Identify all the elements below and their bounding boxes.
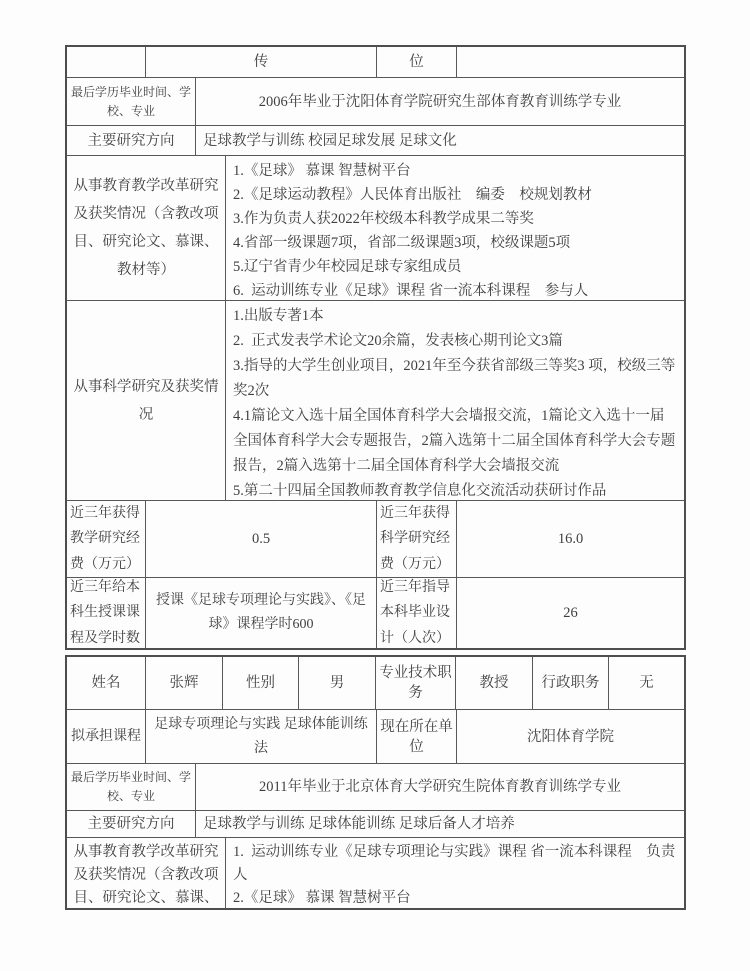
scientific-research-list: 1.出版专著1本 2. 正式发表学术论文20余篇，发表核心期刊论文3篇 3.指导… — [226, 301, 684, 501]
scientific-research-label: 从事科学研究及获奖情况 — [67, 301, 226, 501]
gender-label: 性别 — [223, 657, 299, 710]
name-value: 张辉 — [146, 657, 223, 710]
teaching-load-value: 授课《足球专项理论与实践》、《足球》课程学时600 — [146, 578, 377, 648]
research-direction-label: 主要研究方向 — [67, 126, 196, 156]
table-row-teaching-reform: 从事教育教学改革研究及获奖情况（含教改项目、研究论文、慕课、教材 1. 运动训练… — [67, 838, 684, 908]
table-row-person: 姓名 张辉 性别 男 专业技术职务 教授 行政职务 无 — [67, 657, 684, 710]
current-unit-label: 现在所在单位 — [377, 710, 457, 764]
education-value: 2011年毕业于北京体育大学研究生院体育教育训练学专业 — [196, 764, 684, 811]
table-row-education: 最后学历毕业时间、学校、专业 2006年毕业于沈阳体育学院研究生部体育教育训练学… — [67, 78, 684, 126]
teaching-funding-value: 0.5 — [146, 501, 377, 578]
proposed-courses-value: 足球专项理论与实践 足球体能训练法 — [146, 710, 377, 764]
list-item: 6. 运动训练专业《足球》课程 省一流本科课程 参与人 — [233, 279, 677, 301]
table-row-education: 最后学历毕业时间、学校、专业 2011年毕业于北京体育大学研究生院体育教育训练学… — [67, 764, 684, 811]
table-row-funding: 近三年获得教学研究经费（万元） 0.5 近三年获得科学研究经费（万元） 16.0 — [67, 501, 684, 578]
list-item: 2.《足球运动教程》人民体育出版社 编委 校规划教材 — [233, 183, 677, 207]
list-item: 2. 正式发表学术论文20余篇，发表核心期刊论文3篇 — [233, 329, 677, 354]
teaching-funding-label: 近三年获得教学研究经费（万元） — [67, 501, 146, 578]
teaching-reform-list: 1.《足球》 慕课 智慧树平台 2.《足球运动教程》人民体育出版社 编委 校规划… — [226, 156, 684, 301]
name-label: 姓名 — [67, 657, 146, 710]
table-row-scientific-research: 从事科学研究及获奖情况 1.出版专著1本 2. 正式发表学术论文20余篇，发表核… — [67, 301, 684, 501]
research-direction-value: 足球教学与训练 足球体能训练 足球后备人才培养 — [196, 811, 684, 838]
table-row-research-direction: 主要研究方向 足球教学与训练 校园足球发展 足球文化 — [67, 126, 684, 156]
partial-cell-empty-right — [457, 47, 684, 78]
admin-post-value: 无 — [609, 657, 684, 710]
table-row-courses-unit: 拟承担课程 足球专项理论与实践 足球体能训练法 现在所在单位 沈阳体育学院 — [67, 710, 684, 764]
research-direction-label: 主要研究方向 — [67, 811, 196, 838]
professional-title-label: 专业技术职务 — [376, 657, 456, 710]
list-item: 1.《足球》 慕课 智慧树平台 — [233, 159, 677, 183]
science-funding-value: 16.0 — [457, 501, 684, 578]
science-funding-label: 近三年获得科学研究经费（万元） — [377, 501, 457, 578]
table-row-partial: 传 位 — [67, 47, 684, 78]
education-label: 最后学历毕业时间、学校、专业 — [67, 764, 196, 811]
current-unit-value: 沈阳体育学院 — [457, 710, 684, 764]
proposed-courses-label: 拟承担课程 — [67, 710, 146, 764]
teaching-reform-label: 从事教育教学改革研究及获奖情况（含教改项目、研究论文、慕课、教材 — [67, 838, 226, 908]
list-item: 1.出版专著1本 — [233, 304, 677, 329]
document-page: { "styles": { "background": "#fdfdfd", "… — [0, 0, 750, 971]
faculty-info-table-2: 姓名 张辉 性别 男 专业技术职务 教授 行政职务 无 拟承担课程 足球专项理论… — [65, 655, 686, 910]
list-item: 5.第二十四届全国教师教育教学信息化交流活动获研讨作品 — [233, 479, 677, 501]
list-item: 3.指导的大学生创业项目，2021年至今获省部级三等奖3 项，校级三等奖2次 — [233, 354, 677, 404]
thesis-guidance-label: 近三年指导本科毕业设计（人次） — [377, 578, 457, 648]
table-row-teaching-load: 近三年给本科生授课课程及学时数 授课《足球专项理论与实践》、《足球》课程学时60… — [67, 578, 684, 648]
education-label: 最后学历毕业时间、学校、专业 — [67, 78, 196, 126]
partial-cell-wei: 位 — [377, 47, 457, 78]
partial-cell-chuan: 传 — [146, 47, 377, 78]
list-item: 2.《足球》 慕课 智慧树平台 — [233, 887, 677, 908]
professional-title-value: 教授 — [456, 657, 533, 710]
list-item: 4.省部一级课题7项，省部二级课题3项，校级课题5项 — [233, 231, 677, 255]
teaching-reform-list: 1. 运动训练专业《足球专项理论与实践》课程 省一流本科课程 负责人 2.《足球… — [226, 838, 684, 908]
list-item: 4.1篇论文入选十届全国体育科学大会墙报交流，1篇论文入选十一届全国体育科学大会… — [233, 404, 677, 479]
gender-value: 男 — [299, 657, 376, 710]
research-direction-value: 足球教学与训练 校园足球发展 足球文化 — [196, 126, 684, 156]
admin-post-label: 行政职务 — [533, 657, 609, 710]
table-row-research-direction: 主要研究方向 足球教学与训练 足球体能训练 足球后备人才培养 — [67, 811, 684, 838]
teaching-reform-label: 从事教育教学改革研究及获奖情况（含教改项目、研究论文、慕课、教材等） — [67, 156, 226, 301]
faculty-info-table-1: 传 位 最后学历毕业时间、学校、专业 2006年毕业于沈阳体育学院研究生部体育教… — [65, 45, 686, 650]
list-item: 3.作为负责人获2022年校级本科教学成果二等奖 — [233, 207, 677, 231]
thesis-guidance-value: 26 — [457, 578, 684, 648]
partial-cell-empty-left — [67, 47, 146, 78]
teaching-load-label: 近三年给本科生授课课程及学时数 — [67, 578, 146, 648]
table-row-teaching-reform: 从事教育教学改革研究及获奖情况（含教改项目、研究论文、慕课、教材等） 1.《足球… — [67, 156, 684, 301]
list-item: 1. 运动训练专业《足球专项理论与实践》课程 省一流本科课程 负责人 — [233, 841, 677, 887]
list-item: 5.辽宁省青少年校园足球专家组成员 — [233, 255, 677, 279]
education-value: 2006年毕业于沈阳体育学院研究生部体育教育训练学专业 — [196, 78, 684, 126]
